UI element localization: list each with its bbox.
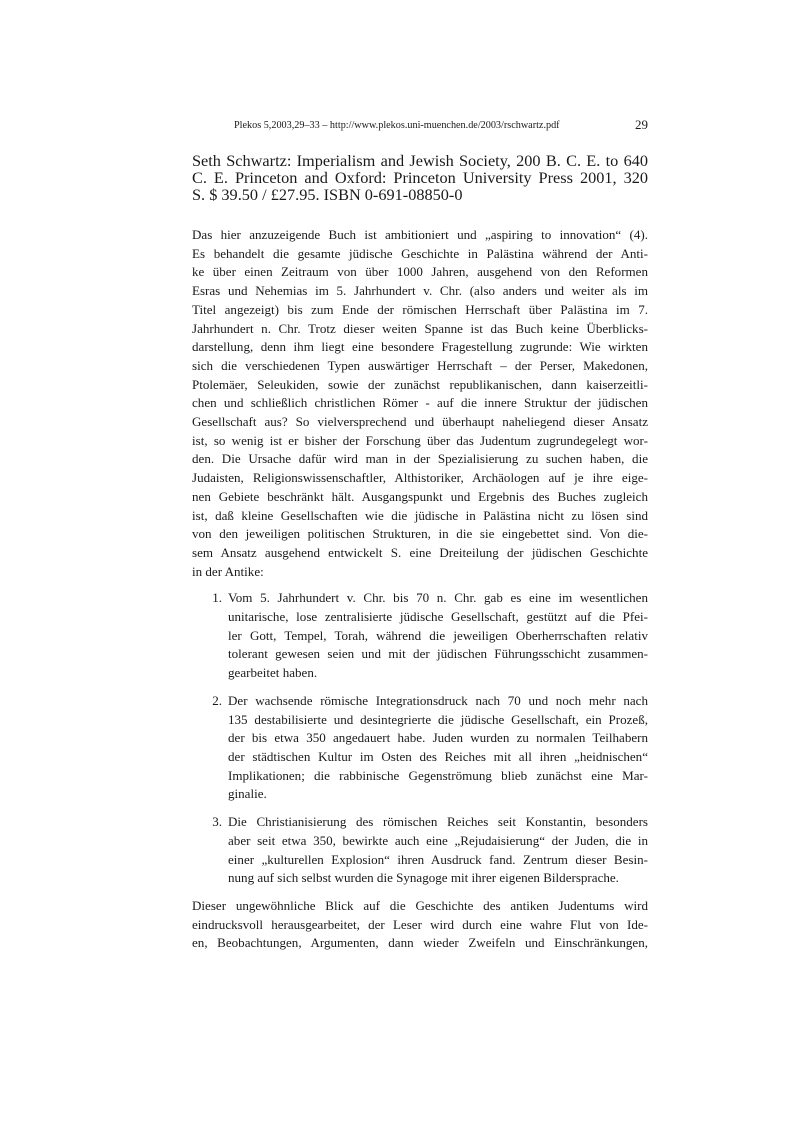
text-line: sem Ansatz ausgehend entwickelt S. eine … <box>192 544 648 563</box>
header-source-citation: Plekos 5,2003,29–33 – http://www.plekos.… <box>234 119 560 133</box>
text-line: unitarische, lose zentralisierte jüdisch… <box>228 608 648 627</box>
text-line: einer „kulturellen Explosion“ ihren Ausd… <box>228 851 648 870</box>
text-line: Dieser ungewöhnliche Blick auf die Gesch… <box>192 897 648 916</box>
text-line: in der Antike: <box>192 563 648 582</box>
review-title: Seth Schwartz: Imperialism and Jewish So… <box>192 152 648 203</box>
text-line: Ptolemäer, Seleukiden, sowie der zunächs… <box>192 376 648 395</box>
text-line: aber seit etwa 350, bewirkte auch eine „… <box>228 832 648 851</box>
text-line: ler Gott, Tempel, Torah, während die jew… <box>228 627 648 646</box>
text-line: ke über einen Zeitraum von über 1000 Jah… <box>192 263 648 282</box>
text-line: Vom 5. Jahrhundert v. Chr. bis 70 n. Chr… <box>228 589 648 608</box>
list-item: 3. Die Christianisierung des römischen R… <box>192 813 648 888</box>
list-number: 1. <box>200 589 222 608</box>
list-item: 2. Der wachsende römische Integrationsdr… <box>192 692 648 804</box>
text-line: Gesellschaft aus? So vielversprechend un… <box>192 413 648 432</box>
list-number: 2. <box>200 692 222 711</box>
text-line: Titel angezeigt) bis zum Ende der römisc… <box>192 301 648 320</box>
text-line: sich die verschiedenen Typen auswärtiger… <box>192 357 648 376</box>
text-line: von den jeweiligen politischen Strukture… <box>192 525 648 544</box>
text-line: der städtischen Kultur im Osten des Reic… <box>228 748 648 767</box>
title-line: Seth Schwartz: Imperialism and Jewish So… <box>192 152 648 169</box>
text-line: chen und schließlich christlichen Römer … <box>192 394 648 413</box>
text-line: Esras und Nehemias im 5. Jahrhundert v. … <box>192 282 648 301</box>
list-number: 3. <box>200 813 222 832</box>
text-line: darstellung, denn ihm liegt eine besonde… <box>192 338 648 357</box>
text-line: ist, daß kleine Gesellschaften wie die j… <box>192 507 648 526</box>
list-item: 1. Vom 5. Jahrhundert v. Chr. bis 70 n. … <box>192 589 648 683</box>
title-line: S. $ 39.50 / £27.95. ISBN 0-691-08850-0 <box>192 186 648 203</box>
text-line: ginalie. <box>228 785 648 804</box>
text-line: Jahrhundert n. Chr. Trotz dieser weiten … <box>192 320 648 339</box>
closing-paragraph: Dieser ungewöhnliche Blick auf die Gesch… <box>192 897 648 953</box>
text-line: nung auf sich selbst wurden die Synagoge… <box>228 869 648 888</box>
text-line: der bis etwa 350 angedauert habe. Juden … <box>228 729 648 748</box>
intro-paragraph: Das hier anzuzeigende Buch ist ambitioni… <box>192 226 648 581</box>
text-line: Der wachsende römische Integrationsdruck… <box>228 692 648 711</box>
text-line: gearbeitet haben. <box>228 664 648 683</box>
text-line: Es behandelt die gesamte jüdische Geschi… <box>192 245 648 264</box>
review-body: Das hier anzuzeigende Buch ist ambitioni… <box>192 226 648 953</box>
text-line: en, Beobachtungen, Argumenten, dann wied… <box>192 934 648 953</box>
text-line: Das hier anzuzeigende Buch ist ambitioni… <box>192 226 648 245</box>
text-line: Implikationen; die rabbinische Gegenströ… <box>228 767 648 786</box>
text-line: eindrucksvoll herausgearbeitet, der Lese… <box>192 916 648 935</box>
text-line: den. Die Ursache dafür wird man in der S… <box>192 450 648 469</box>
title-line: C. E. Princeton and Oxford: Princeton Un… <box>192 169 648 186</box>
text-line: Judaisten, Religionswissenschaftler, Alt… <box>192 469 648 488</box>
page-number: 29 <box>635 118 648 132</box>
text-line: Die Christianisierung des römischen Reic… <box>228 813 648 832</box>
text-line: ist, so wenig ist er bisher der Forschun… <box>192 432 648 451</box>
text-line: nen Gebiete beschränkt hält. Ausgangspun… <box>192 488 648 507</box>
periodization-list: 1. Vom 5. Jahrhundert v. Chr. bis 70 n. … <box>192 589 648 888</box>
text-line: tolerant gewesen seien und mit der jüdis… <box>228 645 648 664</box>
text-line: 135 destabilisierte und desintegrierte d… <box>228 711 648 730</box>
